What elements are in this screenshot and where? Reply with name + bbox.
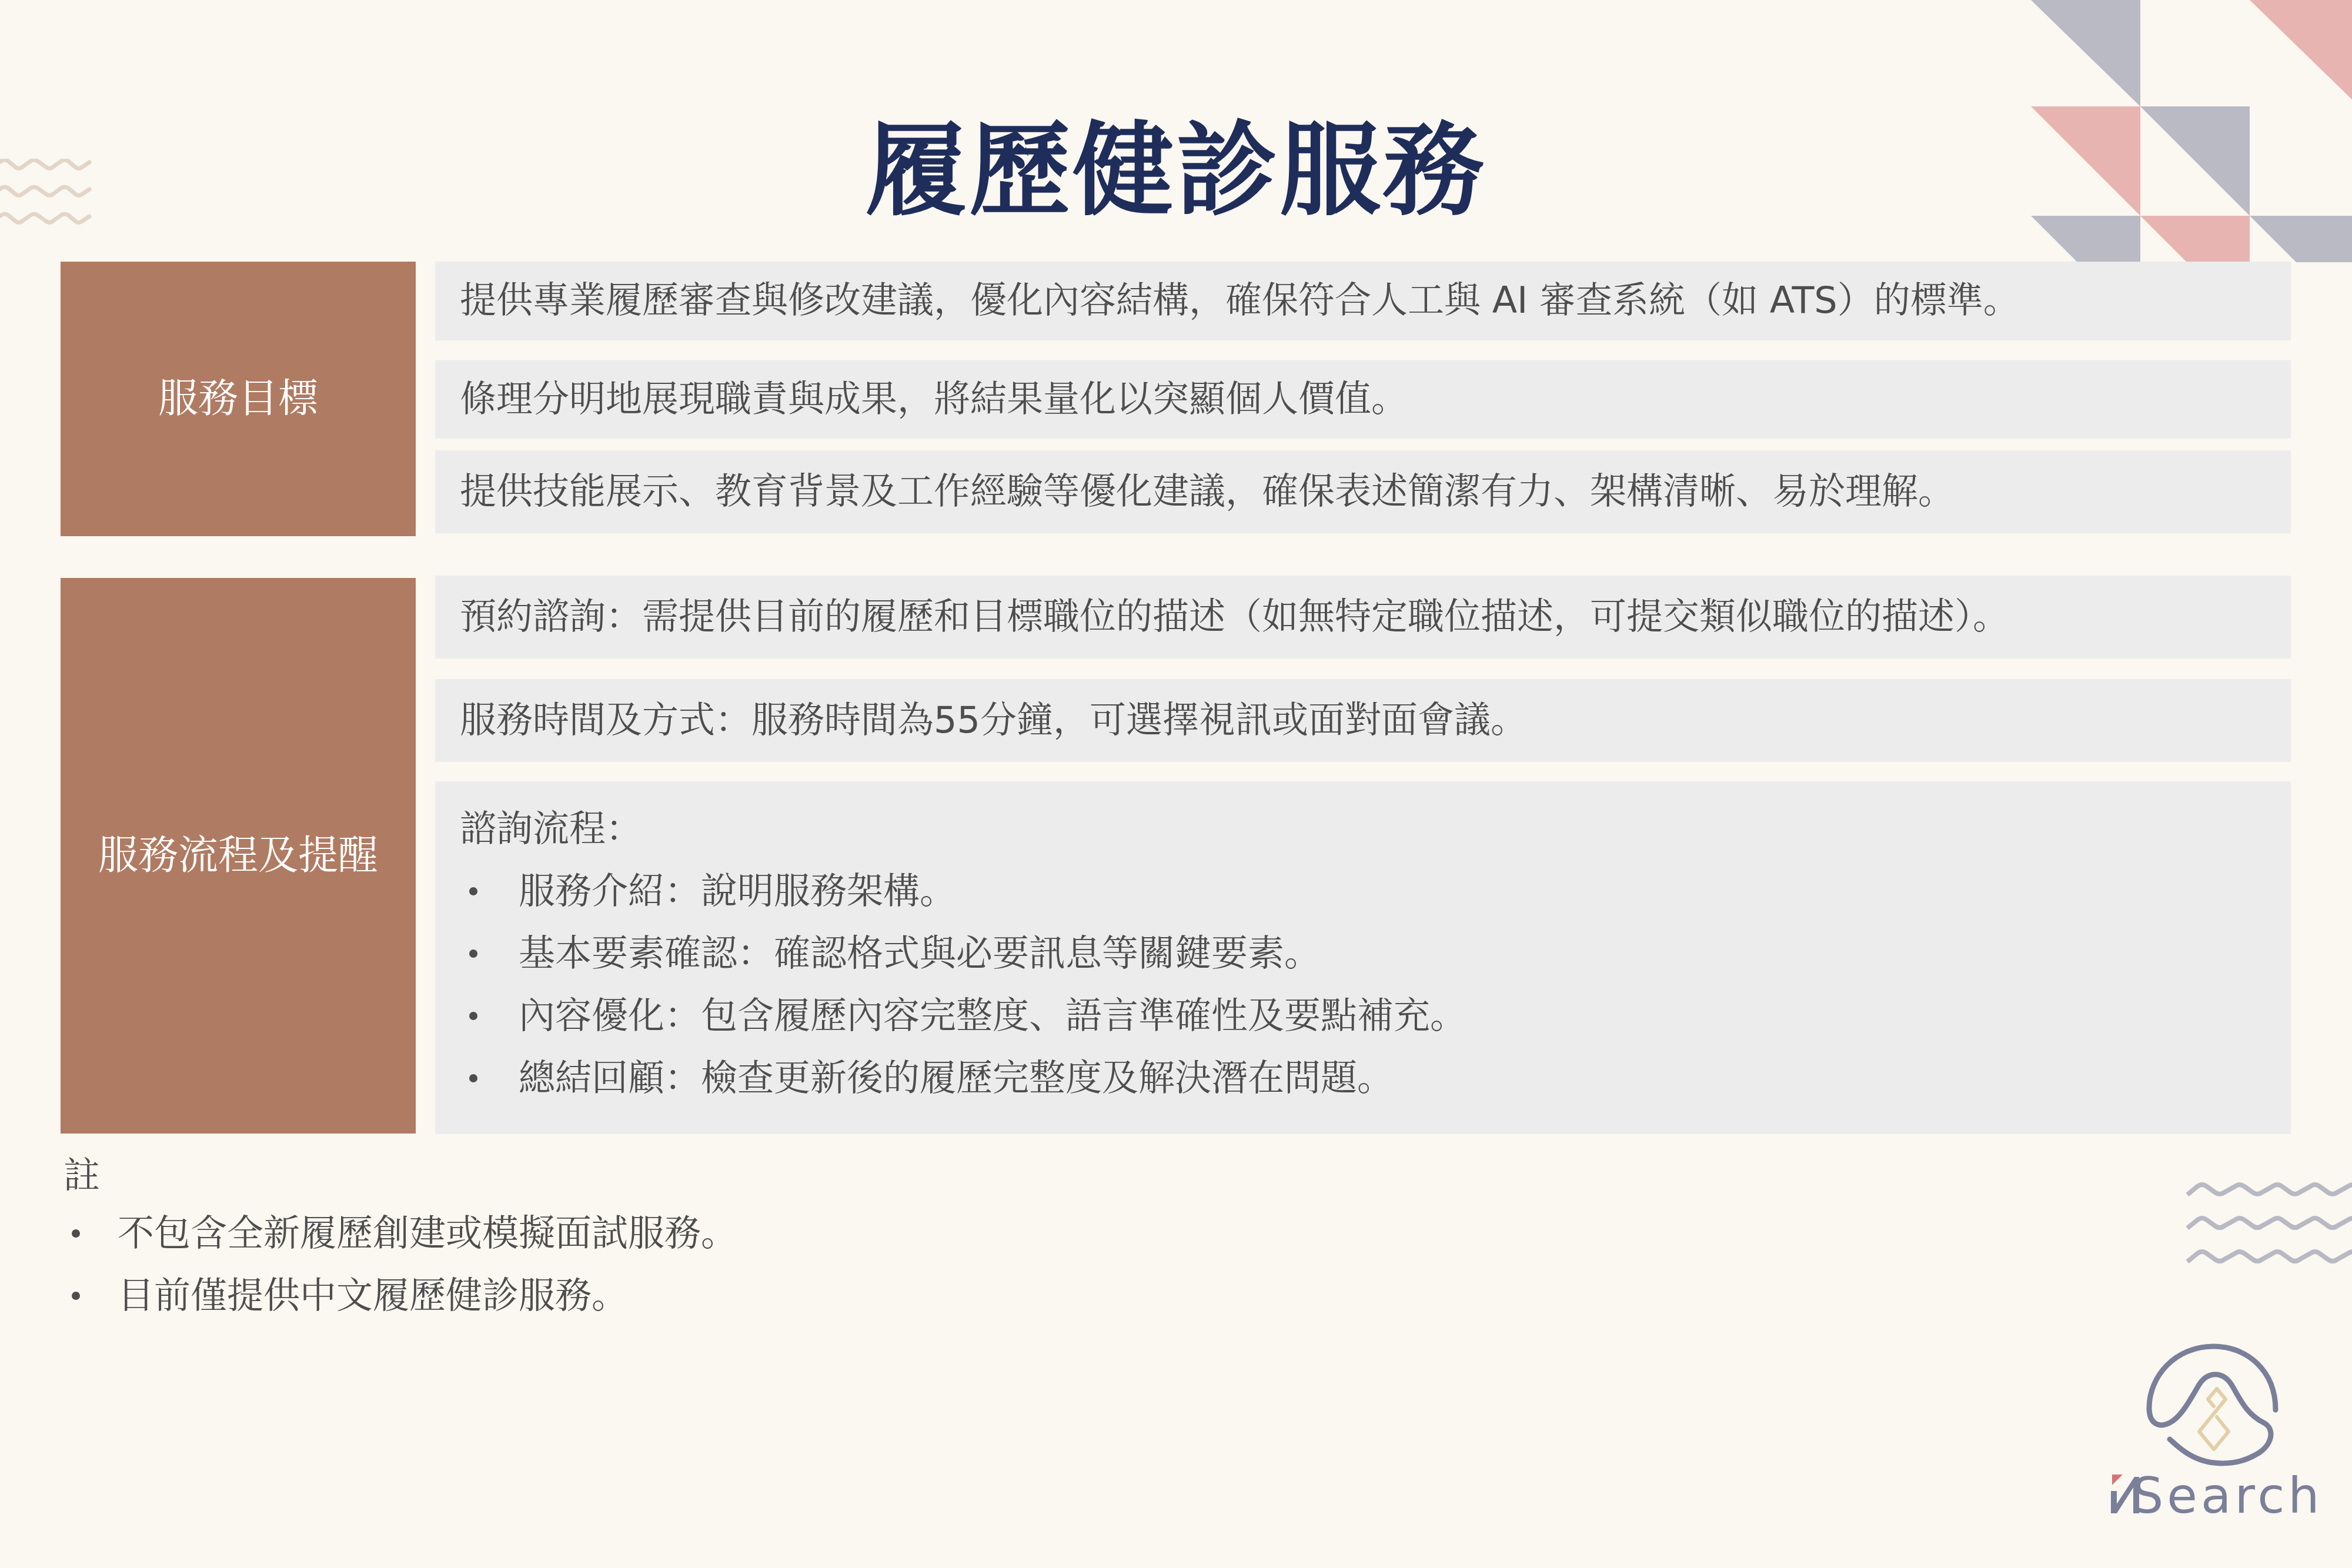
- process-row-text: 服務時間及方式：服務時間為55分鐘，可選擇視訊或面對面會議。: [460, 698, 1527, 742]
- bullet-icon: [469, 950, 477, 958]
- nsearch-logo: Search: [2105, 1335, 2340, 1529]
- nsearch-logo-icon: [2105, 1335, 2340, 1470]
- wave-decoration-right: [2184, 1182, 2352, 1276]
- consultation-process-heading: 諮詢流程：: [460, 798, 2291, 860]
- process-row-time-format: 服務時間及方式：服務時間為55分鐘，可選擇視訊或面對面會議。: [435, 679, 2291, 762]
- section-label-process-reminders: 服務流程及提醒: [61, 578, 416, 1134]
- goal-row-text: 提供專業履歷審查與修改建議，優化內容結構，確保符合人工與 AI 審查系統（如 A…: [460, 279, 2020, 322]
- consultation-process-panel: 諮詢流程： 服務介紹：說明服務架構。 基本要素確認：確認格式與必要訊息等關鍵要素…: [435, 781, 2291, 1134]
- process-step: 內容優化：包含履歷內容完整度、語言準確性及要點補充。: [460, 985, 2291, 1047]
- bullet-icon: [469, 1012, 477, 1020]
- goal-row-text: 條理分明地展現職責與成果，將結果量化以突顯個人價值。: [460, 377, 1408, 421]
- section-label-text: 服務流程及提醒: [98, 836, 378, 876]
- bullet-icon: [72, 1292, 80, 1300]
- note-item: 目前僅提供中文履歷健診服務。: [64, 1265, 737, 1327]
- bullet-icon: [469, 887, 477, 895]
- section-label-service-goals: 服務目標: [61, 262, 416, 536]
- note-item: 不包含全新履歷創建或模擬面試服務。: [64, 1202, 737, 1265]
- logo-wordmark: Search: [2132, 1471, 2323, 1520]
- goal-row-text: 提供技能展示、教育背景及工作經驗等優化建議，確保表述簡潔有力、架構清晰、易於理解…: [460, 470, 1955, 513]
- goal-row: 條理分明地展現職責與成果，將結果量化以突顯個人價值。: [435, 360, 2291, 439]
- note-item-text: 目前僅提供中文履歷健診服務。: [118, 1265, 628, 1327]
- process-row-booking: 預約諮詢：需提供目前的履歷和目標職位的描述（如無特定職位描述，可提交類似職位的描…: [435, 576, 2291, 658]
- process-step-text: 總結回顧：檢查更新後的履歷完整度及解決潛在問題。: [519, 1047, 1394, 1109]
- notes-title: 註: [64, 1149, 737, 1202]
- process-step-text: 服務介紹：說明服務架構。: [519, 860, 956, 922]
- note-item-text: 不包含全新履歷創建或模擬面試服務。: [118, 1202, 737, 1265]
- bullet-icon: [469, 1074, 477, 1082]
- process-step: 基本要素確認：確認格式與必要訊息等關鍵要素。: [460, 922, 2291, 985]
- process-step: 總結回顧：檢查更新後的履歷完整度及解決潛在問題。: [460, 1047, 2291, 1109]
- bullet-icon: [72, 1229, 80, 1238]
- section-label-text: 服務目標: [158, 379, 318, 419]
- process-row-text: 預約諮詢：需提供目前的履歷和目標職位的描述（如無特定職位描述，可提交類似職位的描…: [460, 595, 2009, 638]
- process-step-text: 基本要素確認：確認格式與必要訊息等關鍵要素。: [519, 922, 1321, 985]
- goal-row: 提供專業履歷審查與修改建議，優化內容結構，確保符合人工與 AI 審查系統（如 A…: [435, 262, 2291, 340]
- process-step-text: 內容優化：包含履歷內容完整度、語言準確性及要點補充。: [519, 985, 1466, 1047]
- goal-row: 提供技能展示、教育背景及工作經驗等優化建議，確保表述簡潔有力、架構清晰、易於理解…: [435, 450, 2291, 533]
- notes: 註 不包含全新履歷創建或模擬面試服務。 目前僅提供中文履歷健診服務。: [64, 1149, 737, 1327]
- process-step: 服務介紹：說明服務架構。: [460, 860, 2291, 922]
- page-title: 履歷健診服務: [0, 112, 2352, 229]
